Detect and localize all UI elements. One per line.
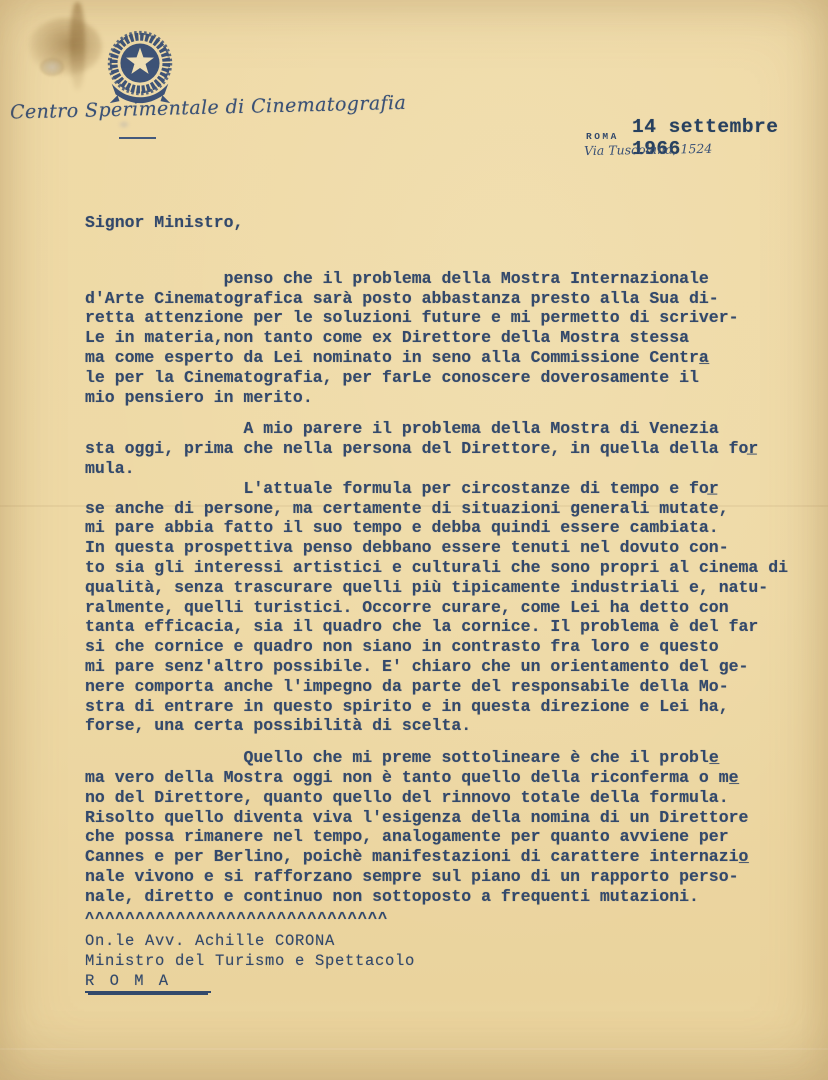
recipient-name: On.le Avv. Achille CORONA <box>85 931 813 951</box>
paper-stain-streak <box>70 2 85 90</box>
paragraph-3: L'attuale formula per circostanze di tem… <box>85 479 813 736</box>
paragraph-4: Quello che mi preme sottolineare è che i… <box>85 748 813 906</box>
paragraph-2: A mio parere il problema della Mostra di… <box>85 419 813 478</box>
recipient-title: Ministro del Turismo e Spettacolo <box>85 951 813 971</box>
typed-separator-row: ^^^^^^^^^^^^^^^^^^^^^^^^^^^^^^ <box>85 910 813 930</box>
recipient-city: R O M A <box>85 971 211 993</box>
paper-speck <box>118 120 130 129</box>
paper-stain-spot <box>40 58 64 76</box>
letterhead-city-label: ROMA <box>586 131 619 142</box>
salutation: Signor Ministro, <box>85 213 813 233</box>
paper-crease <box>0 1048 828 1050</box>
letterhead-address: Via Tuscolana, 1524 <box>584 141 713 158</box>
organization-name: Centro Sperimentale di Cinematografia <box>10 94 300 123</box>
letter-body: Signor Ministro, penso che il problema d… <box>85 213 813 993</box>
recipient-block: On.le Avv. Achille CORONA Ministro del T… <box>85 931 813 993</box>
paragraph-1: penso che il problema della Mostra Inter… <box>85 269 813 408</box>
letterhead-divider <box>119 137 156 139</box>
state-emblem-star-wreath-icon <box>96 24 184 108</box>
scanned-letter-page: Centro Sperimentale di Cinematografia RO… <box>0 0 828 1080</box>
